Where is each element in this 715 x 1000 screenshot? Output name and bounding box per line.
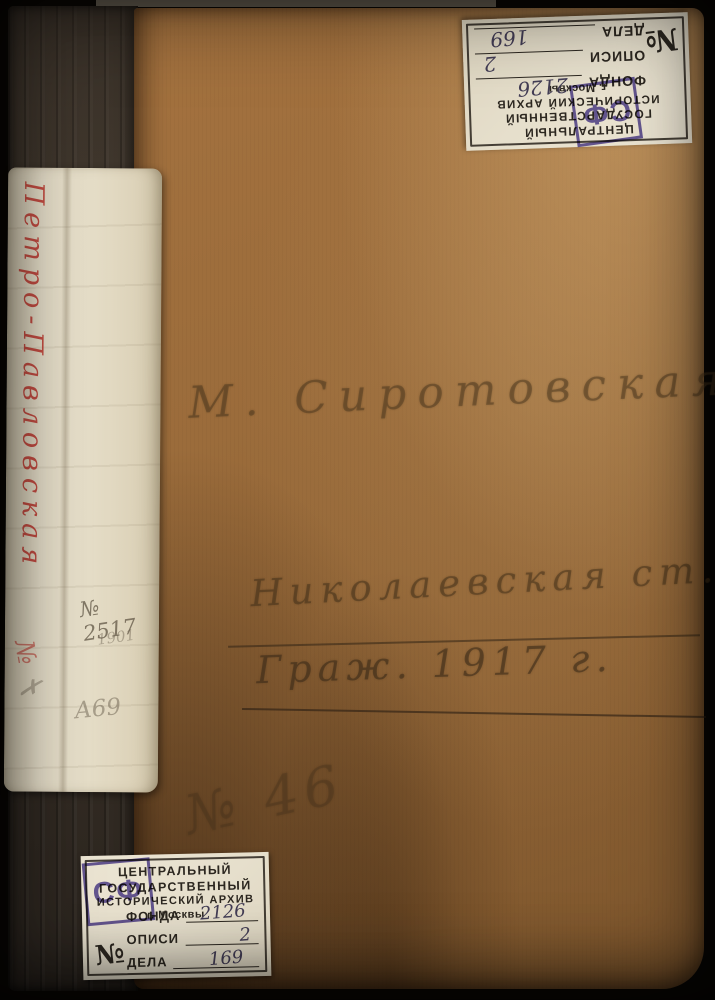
- number-sign: №: [91, 938, 128, 973]
- opis-line: 2: [475, 50, 584, 80]
- opis-label: ОПИСИ: [589, 48, 646, 66]
- delo-line: 169: [474, 24, 596, 54]
- delo-value: 169: [489, 25, 529, 52]
- opis-label: ОПИСИ: [126, 931, 179, 947]
- spine-pencil-note-2: 1901: [96, 626, 136, 649]
- archive-label-top-wrapper: ЦЕНТРАЛЬНЫЙ ГОСУДАРСТВЕННЫЙ ИСТОРИЧЕСКИЙ…: [462, 12, 692, 151]
- spine-red-mark: №: [8, 638, 42, 667]
- delo-value: 169: [208, 947, 244, 971]
- archive-label-top: ЦЕНТРАЛЬНЫЙ ГОСУДАРСТВЕННЫЙ ИСТОРИЧЕСКИЙ…: [462, 12, 692, 151]
- book-spine-top-cap: [8, 6, 138, 178]
- fond-line: 2126: [476, 75, 583, 105]
- delo-label: ДЕЛА: [601, 23, 645, 40]
- delo-row: ДЕЛА 169: [127, 944, 259, 970]
- delo-label: ДЕЛА: [127, 954, 168, 970]
- fond-line: 2126: [186, 897, 258, 923]
- sf-stamp: СФ: [82, 857, 156, 926]
- archival-book-photo: М. Сиротовская Николаевская ст. Граж. 19…: [0, 0, 715, 1000]
- table-edge: [96, 0, 496, 7]
- opis-value: 2: [482, 52, 497, 77]
- sf-stamp: СФ: [569, 77, 643, 148]
- book-front-cover: [134, 8, 704, 989]
- archive-label-bottom: ЦЕНТРАЛЬНЫЙ ГОСУДАРСТВЕННЫЙ ИСТОРИЧЕСКИЙ…: [81, 852, 272, 980]
- spine-title-red-ink: Петро-Павловская: [14, 182, 49, 702]
- archive-label-bottom-wrapper: ЦЕНТРАЛЬНЫЙ ГОСУДАРСТВЕННЫЙ ИСТОРИЧЕСКИЙ…: [81, 852, 272, 980]
- opis-line: 2: [185, 920, 259, 946]
- delo-line: 169: [173, 943, 259, 969]
- number-sign: №: [643, 20, 681, 59]
- spine-pencil-note-3: А69: [73, 694, 122, 724]
- spine-label: Петро-Павловская № № 2517 1901 А69 ✗: [4, 167, 162, 792]
